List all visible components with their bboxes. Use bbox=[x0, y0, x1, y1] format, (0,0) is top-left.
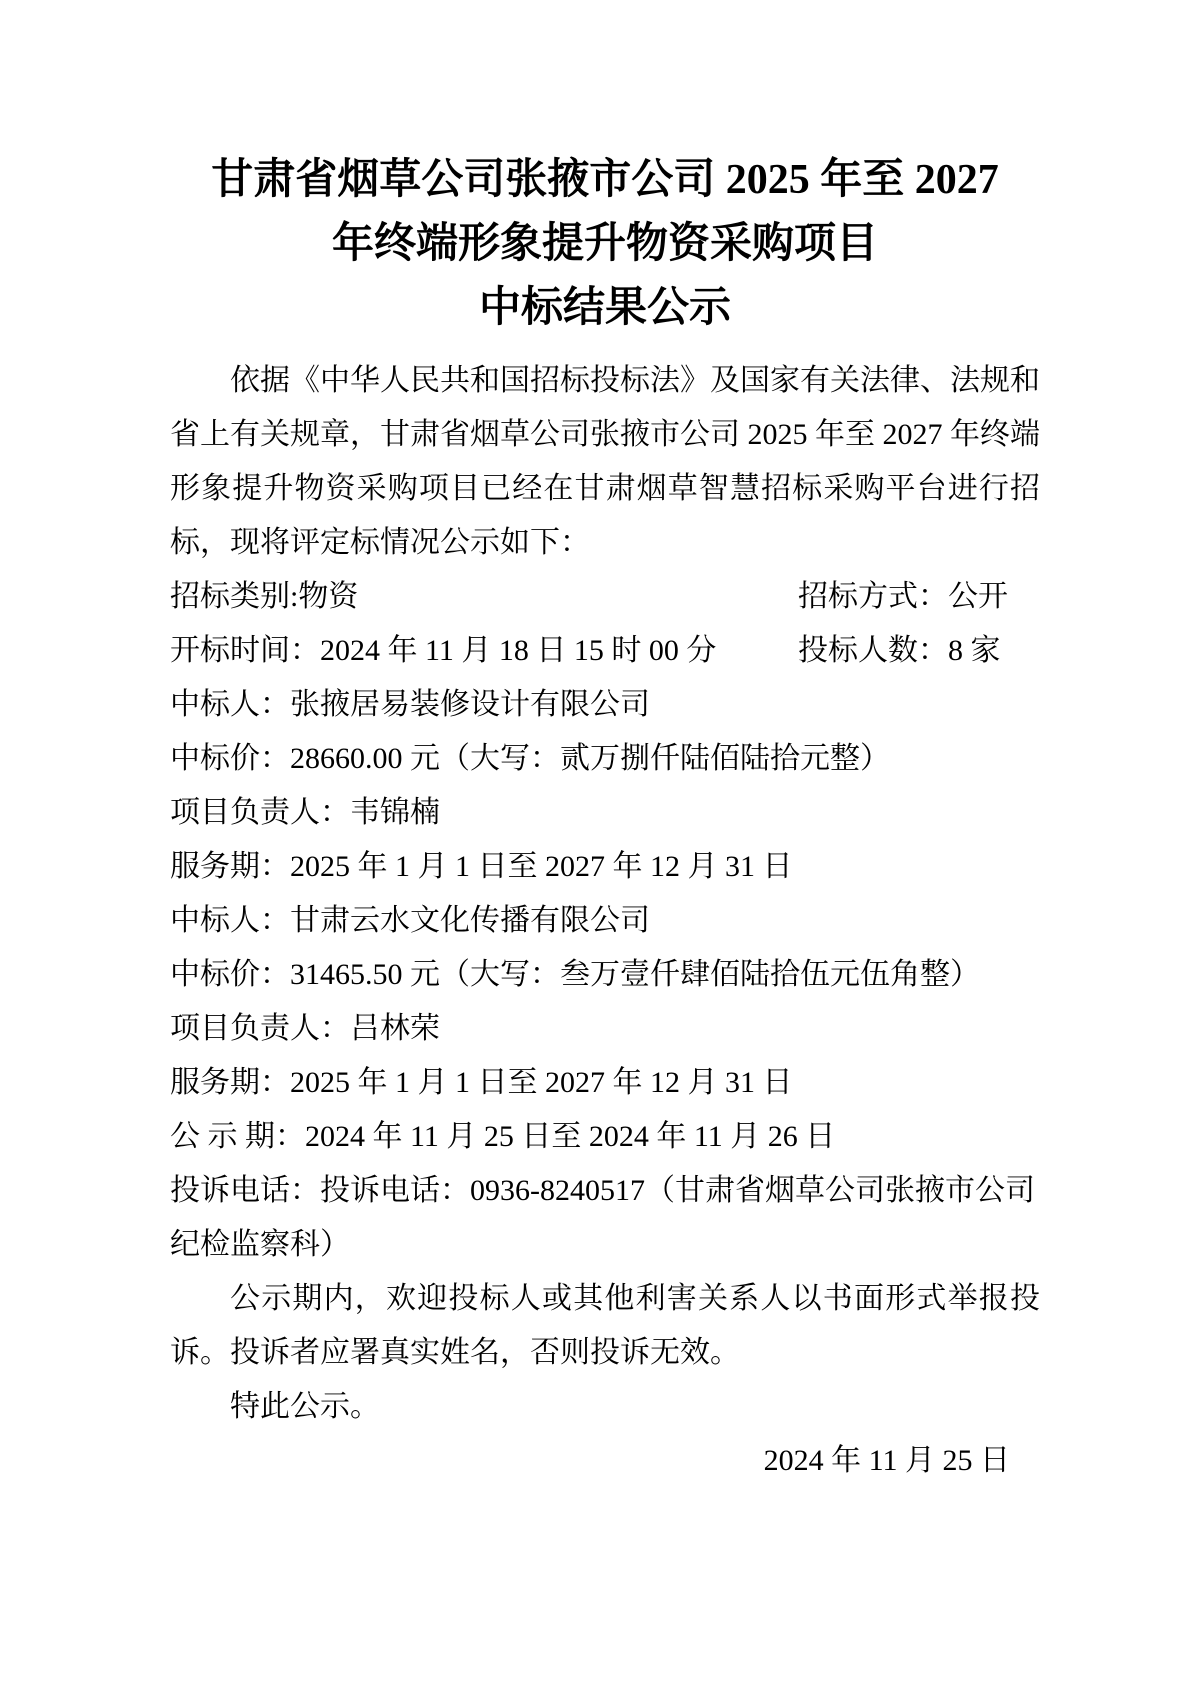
winner2-name: 中标人：甘肃云水文化传播有限公司 bbox=[170, 894, 1040, 948]
bid-category-row: 招标类别:物资 招标方式：公开 bbox=[170, 570, 1040, 624]
announcement-document: 甘肃省烟草公司张掖市公司 2025 年至 2027 年终端形象提升物资采购项目 … bbox=[170, 148, 1040, 1488]
signature-date: 2024 年 11 月 25 日 bbox=[170, 1434, 1040, 1488]
winner2-price: 中标价：31465.50 元（大写：叁万壹仟肆佰陆拾伍元伍角整） bbox=[170, 948, 1040, 1002]
bid-category-label: 招标类别:物资 bbox=[170, 580, 358, 613]
bid-method-label: 招标方式：公开 bbox=[798, 570, 1008, 624]
bid-opening-row: 开标时间：2024 年 11 月 18 日 15 时 00 分 投标人数：8 家 bbox=[170, 624, 1040, 678]
winner2-manager: 项目负责人：吕林荣 bbox=[170, 1002, 1040, 1056]
bidder-count: 投标人数：8 家 bbox=[798, 624, 1001, 678]
winner1-manager: 项目负责人：韦锦楠 bbox=[170, 786, 1040, 840]
title-line-2: 年终端形象提升物资采购项目 bbox=[170, 212, 1040, 276]
publicity-period: 公 示 期：2024 年 11 月 25 日至 2024 年 11 月 26 日 bbox=[170, 1110, 1040, 1164]
winner1-name: 中标人：张掖居易装修设计有限公司 bbox=[170, 678, 1040, 732]
document-page: { "page": { "background": "#ffffff", "te… bbox=[0, 0, 1191, 1684]
complaint-phone: 投诉电话：投诉电话：0936-8240517（甘肃省烟草公司张掖市公司纪检监察科… bbox=[170, 1164, 1040, 1272]
document-title: 甘肃省烟草公司张掖市公司 2025 年至 2027 年终端形象提升物资采购项目 … bbox=[170, 148, 1040, 340]
intro-paragraph: 依据《中华人民共和国招标投标法》及国家有关法律、法规和省上有关规章，甘肃省烟草公… bbox=[170, 354, 1040, 570]
title-line-3: 中标结果公示 bbox=[170, 276, 1040, 340]
winner2-service-period: 服务期：2025 年 1 月 1 日至 2027 年 12 月 31 日 bbox=[170, 1056, 1040, 1110]
final-note: 特此公示。 bbox=[170, 1380, 1040, 1434]
winner1-service-period: 服务期：2025 年 1 月 1 日至 2027 年 12 月 31 日 bbox=[170, 840, 1040, 894]
title-line-1: 甘肃省烟草公司张掖市公司 2025 年至 2027 bbox=[170, 148, 1040, 212]
winner1-price: 中标价：28660.00 元（大写：贰万捌仟陆佰陆拾元整） bbox=[170, 732, 1040, 786]
bid-opening-time: 开标时间：2024 年 11 月 18 日 15 时 00 分 bbox=[170, 634, 716, 667]
closing-paragraph: 公示期内，欢迎投标人或其他利害关系人以书面形式举报投诉。投诉者应署真实姓名，否则… bbox=[170, 1272, 1040, 1380]
